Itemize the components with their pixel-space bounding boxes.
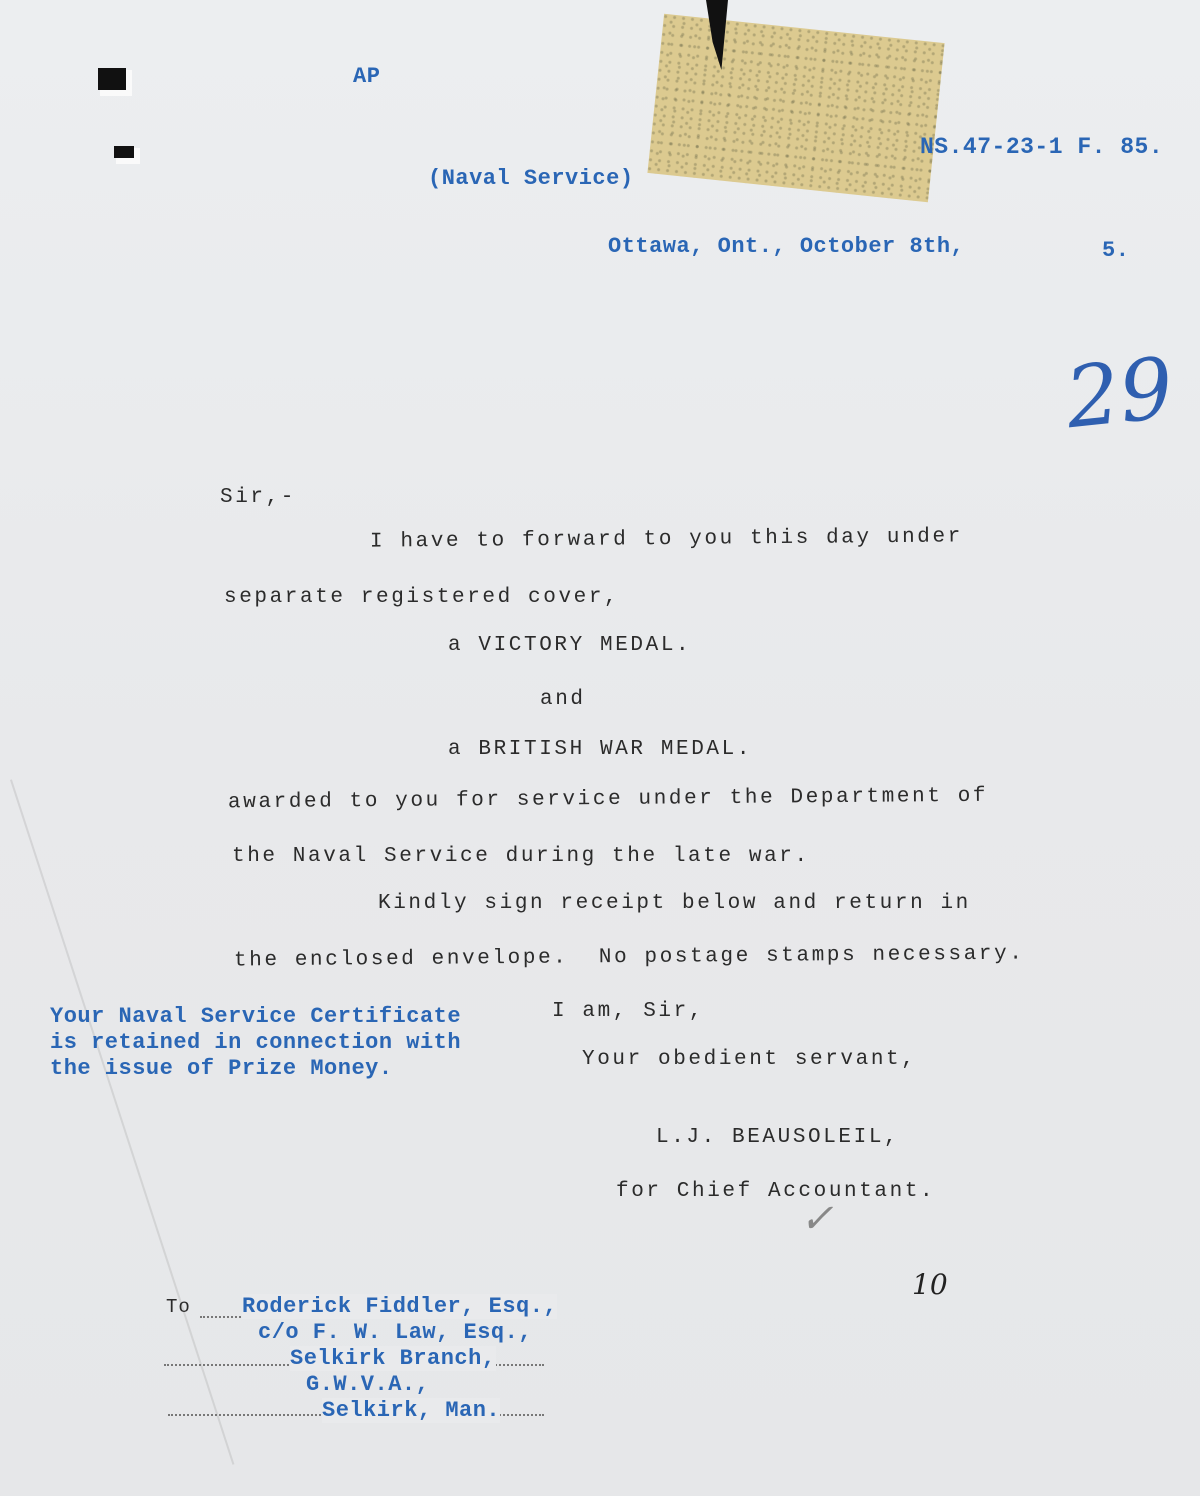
address-line-2: c/o F. W. Law, Esq., — [258, 1320, 532, 1345]
punch-hole-top — [98, 68, 126, 90]
punch-hole-bottom — [114, 146, 134, 158]
body-line-victory: a VICTORY MEDAL. — [448, 634, 691, 657]
pencil-check-mark: ✓ — [800, 1196, 834, 1242]
year-suffix: 5. — [1102, 238, 1129, 263]
salutation: Sir,- — [220, 486, 296, 509]
place-date: Ottawa, Ont., October 8th, — [608, 234, 964, 259]
body-line-7: the Naval Service during the late war. — [232, 845, 810, 868]
handwritten-number: 29 — [1061, 339, 1178, 448]
stamp-note-line-3: the issue of Prize Money. — [50, 1056, 393, 1081]
adhesive-tape — [647, 14, 944, 203]
address-line-5: Selkirk, Man. — [322, 1398, 500, 1423]
file-reference: NS.47-23-1 F. 85. — [920, 134, 1163, 160]
address-line-3: Selkirk Branch, — [290, 1346, 496, 1371]
address-line-4: G.W.V.A., — [306, 1372, 429, 1397]
address-line-1: Roderick Fiddler, Esq., — [242, 1294, 557, 1319]
stamp-note-line-1: Your Naval Service Certificate — [50, 1004, 461, 1029]
body-line-british: a BRITISH WAR MEDAL. — [448, 738, 752, 761]
body-line-8: Kindly sign receipt below and return in — [378, 892, 971, 915]
body-line-2: separate registered cover, — [224, 586, 619, 609]
signatory-title: for Chief Accountant. — [616, 1180, 935, 1203]
closing-line-2: Your obedient servant, — [582, 1048, 916, 1071]
address-to-label: To — [166, 1296, 191, 1318]
body-line-and: and — [540, 688, 586, 711]
handwritten-page-number: 10 — [912, 1268, 948, 1301]
department-heading: (Naval Service) — [428, 166, 634, 191]
initials: AP — [353, 64, 380, 89]
stamp-note-line-2: is retained in connection with — [50, 1030, 461, 1055]
signatory: L.J. BEAUSOLEIL, — [656, 1126, 899, 1149]
closing-line-1: I am, Sir, — [552, 1000, 704, 1023]
